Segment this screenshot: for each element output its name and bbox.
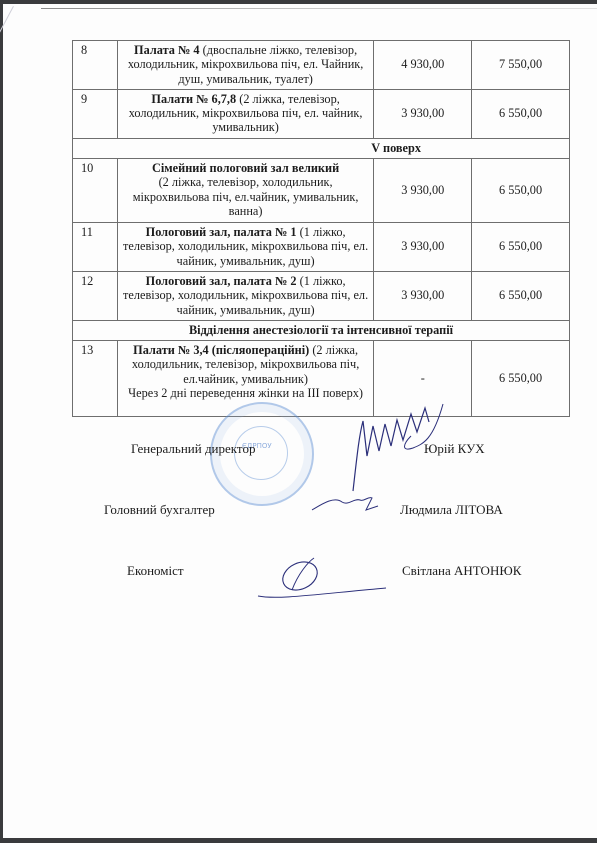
table-row: 9 Палати № 6,7,8 (2 ліжка, телевізор, хо… [73,89,570,138]
economist-signature [248,554,388,604]
room-title: Сімейний пологовий зал великий [121,161,371,175]
room-amenities: (2 ліжка, телевізор, холодильник, мікрох… [121,175,371,218]
room-title: Палати № 6,7,8 [151,92,236,106]
row-number: 9 [73,89,118,138]
scan-edge-line [41,8,597,9]
table-row: 12 Пологовий зал, палата № 2 (1 ліжко, т… [73,271,570,320]
pricing-table: 8 Палата № 4 (двоспальне ліжко, телевізо… [72,40,570,417]
scanned-page: 8 Палата № 4 (двоспальне ліжко, телевізо… [3,4,597,838]
table-row: 8 Палата № 4 (двоспальне ліжко, телевізо… [73,41,570,90]
table-row: 11 Пологовий зал, палата № 1 (1 ліжко, т… [73,223,570,272]
signatory-name-economist: Світлана АНТОНЮК [402,563,521,579]
section-anesthesia: Відділення анестезіології та інтенсивної… [73,320,570,340]
row-number: 11 [73,223,118,272]
room-description: Палати № 6,7,8 (2 ліжка, телевізор, холо… [117,89,374,138]
room-description: Пологовий зал, палата № 2 (1 ліжко, теле… [117,271,374,320]
price-cell-2: 6 550,00 [472,89,570,138]
room-title: Палата № 4 [134,43,200,57]
room-description: Пологовий зал, палата № 1 (1 ліжко, теле… [117,223,374,272]
scan-artifact [0,6,14,56]
price-cell-1: 3 930,00 [374,271,472,320]
price-cell-2: 6 550,00 [472,271,570,320]
accountant-signature [308,486,388,516]
room-title: Пологовий зал, палата № 2 [146,274,297,288]
signatory-position-director: Генеральний директор [131,441,255,457]
price-cell-2: 6 550,00 [472,223,570,272]
row-number: 8 [73,41,118,90]
room-title: Пологовий зал, палата № 1 [146,225,297,239]
table-row: 10 Сімейний пологовий зал великий(2 ліжк… [73,159,570,223]
section-header-row: V поверх [73,138,570,158]
section-header-row: Відділення анестезіології та інтенсивної… [73,320,570,340]
price-cell-1: 4 930,00 [374,41,472,90]
room-description: Сімейний пологовий зал великий(2 ліжка, … [117,159,374,223]
price-cell-1: 3 930,00 [374,223,472,272]
section-floor-5: V поверх [73,138,570,158]
price-cell-2: 6 550,00 [472,341,570,417]
row-number: 10 [73,159,118,223]
row-number: 13 [73,341,118,417]
signatory-position-accountant: Головний бухгалтер [104,502,215,518]
price-cell-1: 3 930,00 [374,89,472,138]
row-number: 12 [73,271,118,320]
price-cell-2: 6 550,00 [472,159,570,223]
signatory-position-economist: Економіст [127,563,184,579]
price-cell-1: 3 930,00 [374,159,472,223]
price-cell-2: 7 550,00 [472,41,570,90]
room-description: Палата № 4 (двоспальне ліжко, телевізор,… [117,41,374,90]
room-title: Палати № 3,4 (післяопераційні) [133,343,309,357]
table-row: 13 Палати № 3,4 (післяопераційні) (2 ліж… [73,341,570,417]
